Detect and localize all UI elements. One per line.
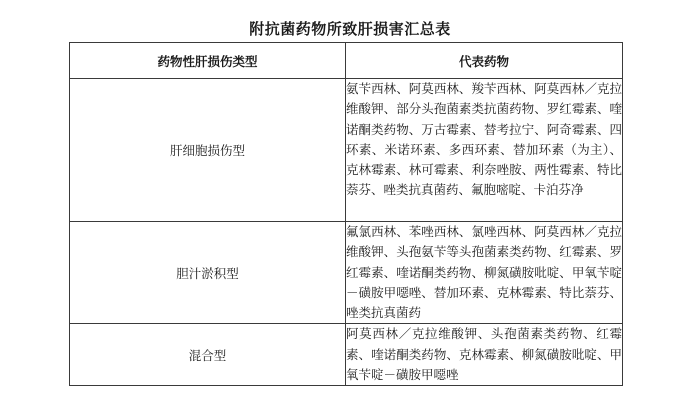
drugs-cell: 氟氯西林、苯唑西林、氯唑西林、阿莫西林／克拉维酸钾、头孢氨苄等头孢菌素类药物、红… [346,222,623,324]
table-header-row: 药物性肝损伤类型 代表药物 [70,43,623,79]
header-injury-type: 药物性肝损伤类型 [70,43,346,79]
header-representative-drugs: 代表药物 [346,43,623,79]
injury-type-cell: 胆汁淤积型 [70,222,346,324]
table-row: 肝细胞损伤型 氨苄西林、阿莫西林、羧苄西林、阿莫西林／克拉维酸钾、部分头孢菌素类… [70,79,623,222]
drugs-cell: 阿莫西林／克拉维酸钾、头孢菌素类药物、红霉素、喹诺酮类药物、克林霉素、柳氮磺胺吡… [346,324,623,386]
table-row: 混合型 阿莫西林／克拉维酸钾、头孢菌素类药物、红霉素、喹诺酮类药物、克林霉素、柳… [70,324,623,386]
document-title: 附抗菌药物所致肝损害汇总表 [0,19,700,39]
drug-liver-injury-table: 药物性肝损伤类型 代表药物 肝细胞损伤型 氨苄西林、阿莫西林、羧苄西林、阿莫西林… [69,42,623,386]
drugs-cell: 氨苄西林、阿莫西林、羧苄西林、阿莫西林／克拉维酸钾、部分头孢菌素类抗菌药物、罗红… [346,79,623,222]
table-row: 胆汁淤积型 氟氯西林、苯唑西林、氯唑西林、阿莫西林／克拉维酸钾、头孢氨苄等头孢菌… [70,222,623,324]
injury-type-cell: 肝细胞损伤型 [70,79,346,222]
injury-type-cell: 混合型 [70,324,346,386]
